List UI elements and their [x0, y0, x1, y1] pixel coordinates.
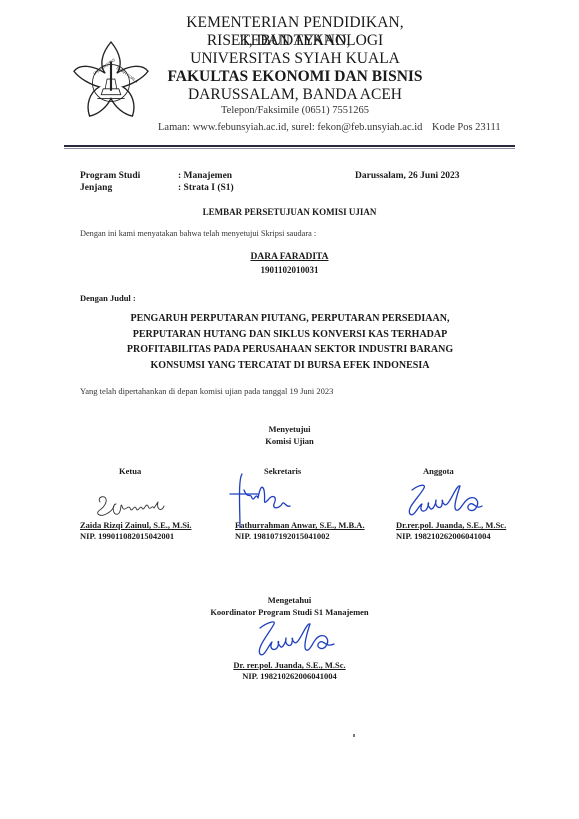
student-name: DARA FARADITA	[0, 252, 579, 262]
level-label: Jenjang	[80, 183, 112, 193]
signature-koordinator-icon	[250, 618, 342, 660]
thesis-title-line: KONSUMSI YANG TERCATAT DI BURSA EFEK IND…	[60, 358, 520, 374]
approval-committee: Komisi Ujian	[0, 436, 579, 446]
letterhead-ministry-2: RISET, DAN TEKNOLOGI	[140, 32, 450, 50]
letterhead-website: Laman: www.febunsyiah.ac.id, surel: feko…	[158, 122, 422, 133]
letterhead-divider	[64, 145, 515, 147]
letterhead-city: DARUSSALAM, BANDA ACEH	[140, 86, 450, 104]
scan-speck	[353, 734, 355, 737]
thesis-title-line: PENGARUH PERPUTARAN PIUTANG, PERPUTARAN …	[60, 311, 520, 327]
signature-ketua-icon	[92, 492, 172, 522]
thesis-title-line: PROFITABILITAS PADA PERUSAHAAN SEKTOR IN…	[60, 342, 520, 358]
role-ketua: Ketua	[119, 466, 141, 476]
approval-heading: Menyetujui	[0, 424, 579, 434]
koordinator-nip: NIP. 198210262006041004	[0, 671, 579, 681]
thesis-title: PENGARUH PERPUTARAN PIUTANG, PERPUTARAN …	[60, 311, 520, 373]
level-value: : Strata I (S1)	[178, 183, 234, 193]
acknowledgement-heading: Mengetahui	[0, 595, 579, 605]
acknowledgement-role: Koordinator Program Studi S1 Manajemen	[0, 607, 579, 617]
university-logo-icon: UNIVERSITAS SYIAH KUALA	[72, 40, 150, 122]
name-sekretaris: Fathurrahman Anwar, S.E., M.B.A.	[235, 520, 365, 530]
name-anggota: Dr.rer.pol. Juanda, S.E., M.Sc.	[396, 520, 506, 530]
student-nim: 1901102010031	[0, 265, 579, 275]
koordinator-name: Dr. rer.pol. Juanda, S.E., M.Sc.	[0, 660, 579, 670]
thesis-label: Dengan Judul :	[80, 293, 136, 303]
name-ketua: Zaida Rizqi Zainul, S.E., M.Si.	[80, 520, 191, 530]
program-label: Program Studi	[80, 171, 140, 181]
defense-text: Yang telah dipertahankan di depan komisi…	[80, 386, 333, 396]
letterhead-postal-code: Kode Pos 23111	[432, 122, 501, 133]
role-sekretaris: Sekretaris	[264, 466, 301, 476]
intro-text: Dengan ini kami menyatakan bahwa telah m…	[80, 229, 316, 238]
thesis-title-line: PERPUTARAN HUTANG DAN SIKLUS KONVERSI KA…	[60, 327, 520, 343]
letterhead-faculty: FAKULTAS EKONOMI DAN BISNIS	[140, 68, 450, 86]
nip-anggota: NIP. 198210262006041004	[396, 531, 491, 541]
role-anggota: Anggota	[423, 466, 454, 476]
document-title: LEMBAR PERSETUJUAN KOMISI UJIAN	[0, 207, 579, 217]
signature-anggota-icon	[400, 482, 490, 520]
letterhead-divider-thin	[64, 148, 515, 149]
program-value: : Manajemen	[178, 171, 232, 181]
nip-ketua: NIP. 199011082015042001	[80, 531, 174, 541]
nip-sekretaris: NIP. 198107192015041002	[235, 531, 330, 541]
letterhead-phone: Telepon/Faksimile (0651) 7551265	[140, 105, 450, 116]
place-date: Darussalam, 26 Juni 2023	[355, 171, 460, 181]
letterhead-university: UNIVERSITAS SYIAH KUALA	[140, 50, 450, 68]
